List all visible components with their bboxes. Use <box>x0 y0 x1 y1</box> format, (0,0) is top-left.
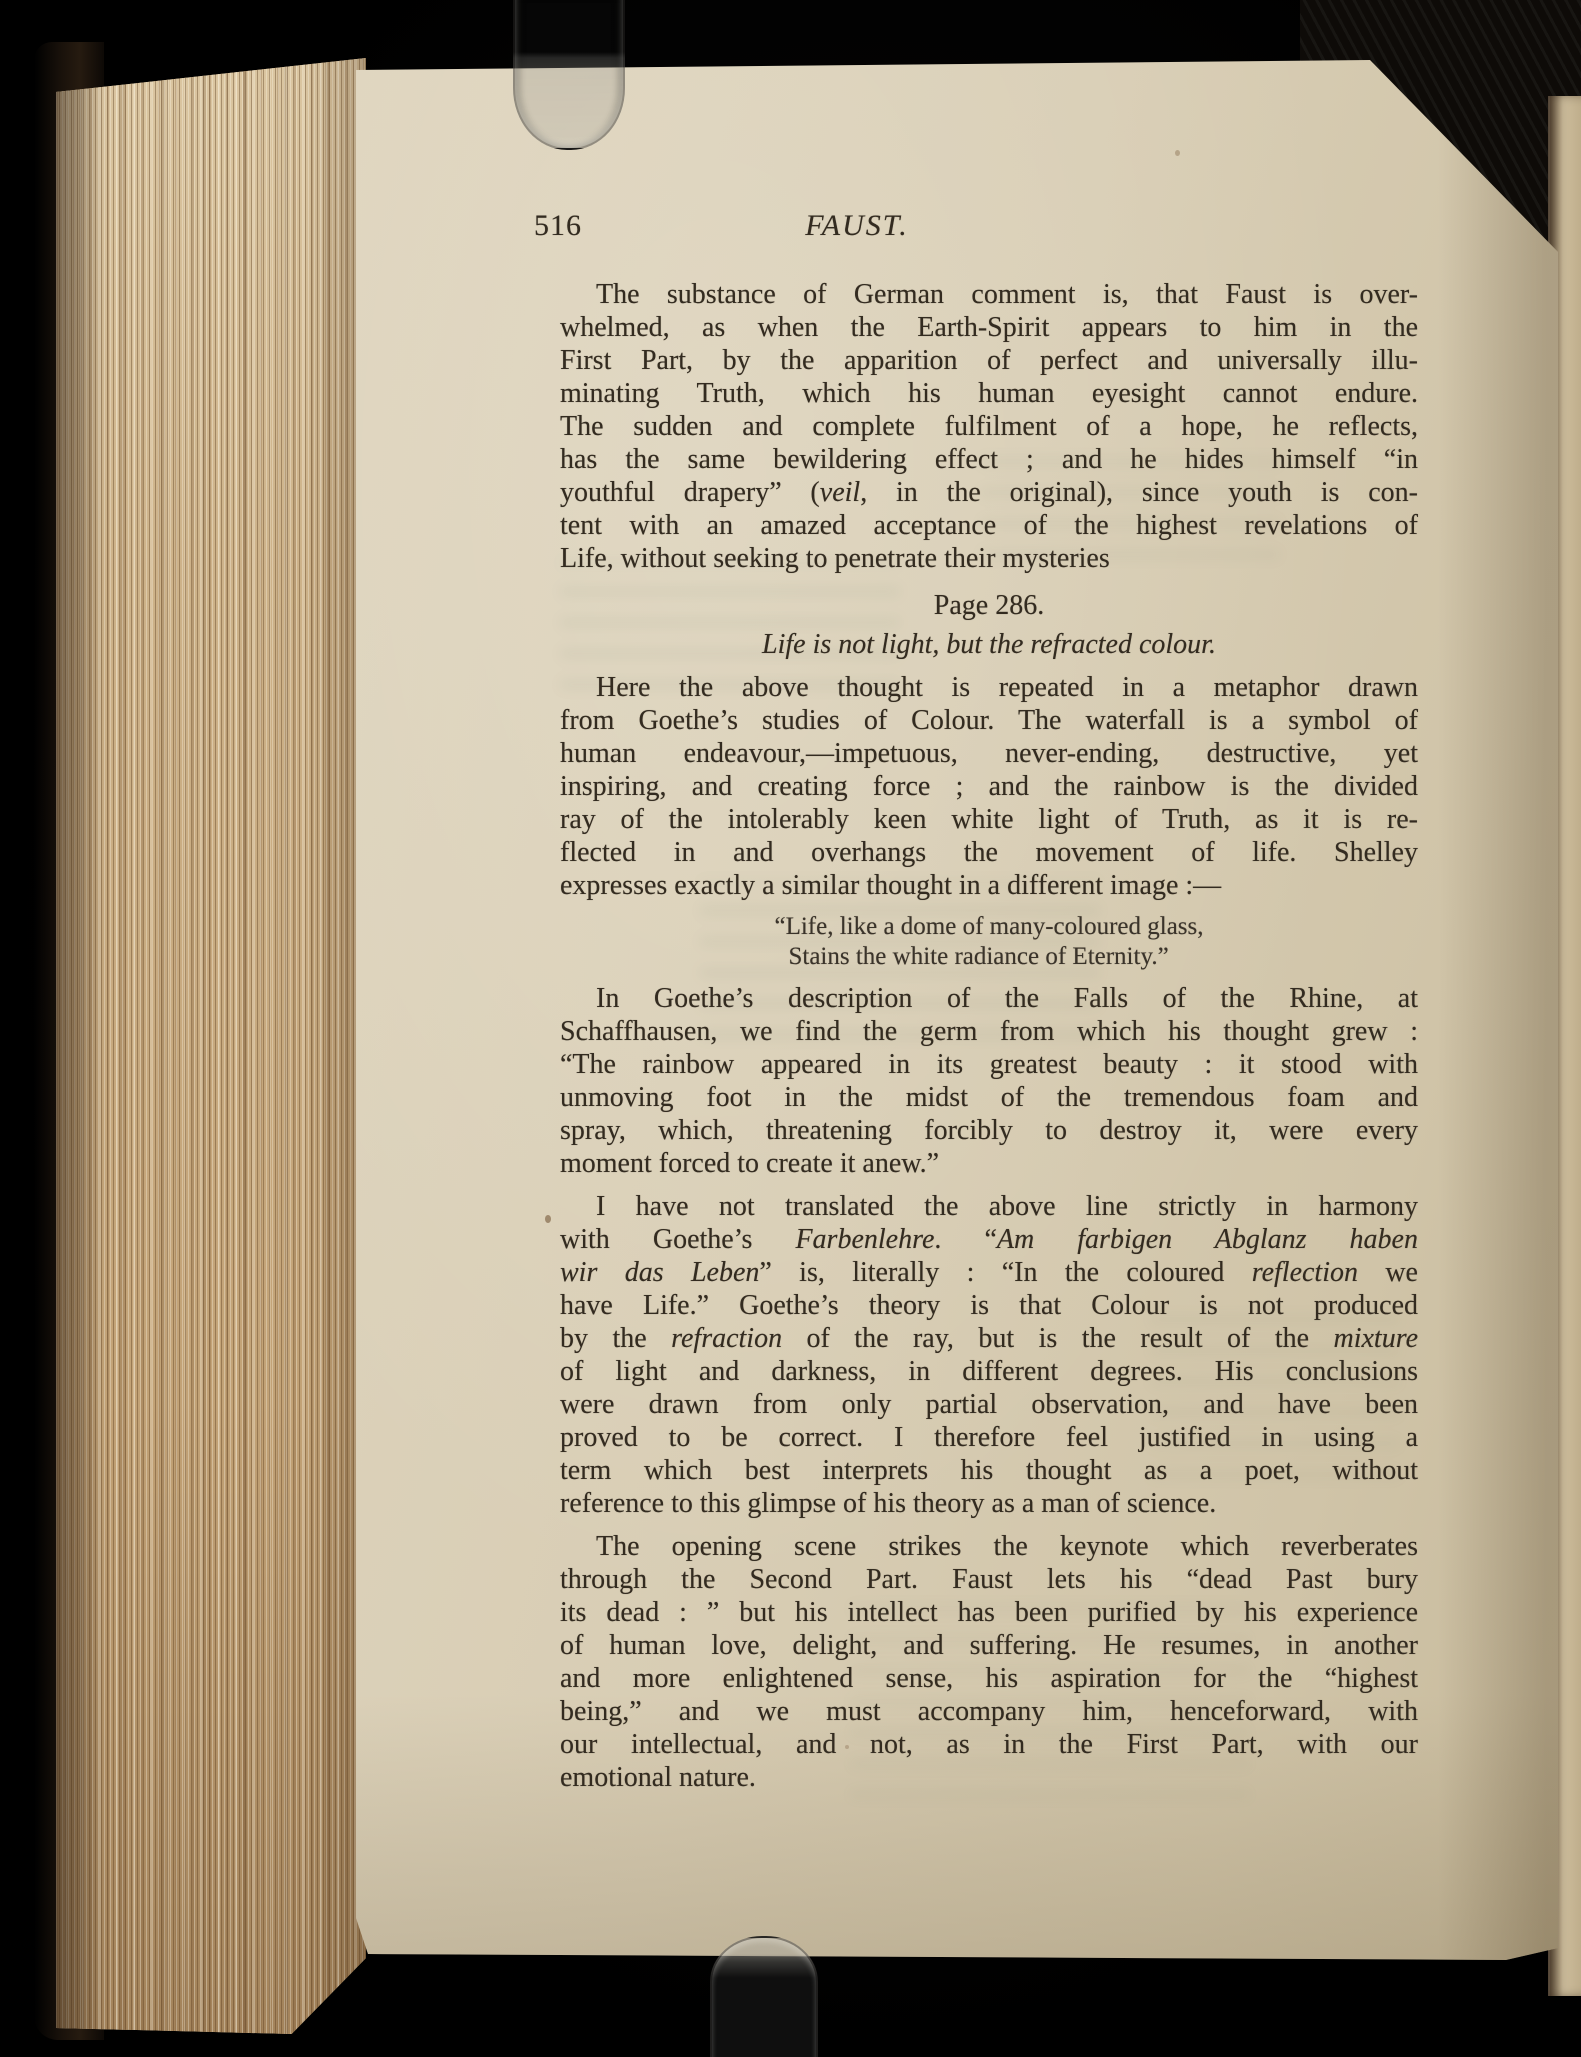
text-line: flected in and overhangs the movement of… <box>560 836 1418 869</box>
text-line: The sudden and complete fulfilment of a … <box>560 410 1418 443</box>
text-line: of human love, delight, and suffering. H… <box>560 1629 1418 1662</box>
verse-quote: “Life, like a dome of many-coloured glas… <box>560 912 1418 972</box>
text-line: In Goethe’s description of the Falls of … <box>560 982 1418 1015</box>
verse-line: “Life, like a dome of many-coloured glas… <box>774 912 1203 942</box>
paragraph: I have not translated the above line str… <box>560 1190 1418 1520</box>
text-line: were drawn from only partial observation… <box>560 1388 1418 1421</box>
cradle-strap-top <box>513 0 625 150</box>
text-line: with Goethe’s Farbenlehre. “Am farbigen … <box>560 1223 1418 1256</box>
text-line: proved to be correct. I therefore feel j… <box>560 1421 1418 1454</box>
text-line: our intellectual, and not, as in the Fir… <box>560 1728 1418 1761</box>
text-line: spray, which, threatening forcibly to de… <box>560 1114 1418 1147</box>
paper-speck <box>1175 150 1180 156</box>
text-line: The opening scene strikes the keynote wh… <box>560 1530 1418 1563</box>
text-line: inspiring, and creating force ; and the … <box>560 770 1418 803</box>
text-line: and more enlightened sense, his aspirati… <box>560 1662 1418 1695</box>
page-content: The substance of German comment is, that… <box>560 278 1418 1794</box>
text-line: Life, without seeking to penetrate their… <box>560 542 1418 575</box>
cradle-strap-bottom <box>710 1936 818 2057</box>
text-line: wir das Leben” is, literally : “In the c… <box>560 1256 1418 1289</box>
text-line: term which best interprets his thought a… <box>560 1454 1418 1487</box>
text-line: moment forced to create it anew.” <box>560 1147 1418 1180</box>
paragraph: The substance of German comment is, that… <box>560 278 1418 575</box>
verse-line: Stains the white radiance of Eternity.” <box>774 942 1203 972</box>
text-line: Schaffhausen, we find the germ from whic… <box>560 1015 1418 1048</box>
paragraph: Here the above thought is repeated in a … <box>560 671 1418 902</box>
running-head: 516 FAUST. <box>560 208 1418 244</box>
text-line: First Part, by the apparition of perfect… <box>560 344 1418 377</box>
text-line: has the same bewildering effect ; and he… <box>560 443 1418 476</box>
book-fore-edge-pages <box>56 0 366 2057</box>
text-line: I have not translated the above line str… <box>560 1190 1418 1223</box>
text-line: from Goethe’s studies of Colour. The wat… <box>560 704 1418 737</box>
verse-lines: “Life, like a dome of many-coloured glas… <box>774 912 1203 972</box>
paper-speck <box>545 1215 551 1223</box>
text-line: minating Truth, which his human eyesight… <box>560 377 1418 410</box>
paragraph: In Goethe’s description of the Falls of … <box>560 982 1418 1180</box>
section-subheading: Life is not light, but the refracted col… <box>560 628 1418 661</box>
book-scan-photo: 516 FAUST. The substance of German comme… <box>0 0 1581 2057</box>
text-line: tent with an amazed acceptance of the hi… <box>560 509 1418 542</box>
text-line: by the refraction of the ray, but is the… <box>560 1322 1418 1355</box>
typeset-area: 516 FAUST. The substance of German comme… <box>560 208 1418 1794</box>
text-line: of light and darkness, in different degr… <box>560 1355 1418 1388</box>
paragraph: The opening scene strikes the keynote wh… <box>560 1530 1418 1794</box>
text-line: whelmed, as when the Earth-Spirit appear… <box>560 311 1418 344</box>
text-line: being,” and we must accompany him, hence… <box>560 1695 1418 1728</box>
text-line: its dead : ” but his intellect has been … <box>560 1596 1418 1629</box>
text-line: unmoving foot in the midst of the tremen… <box>560 1081 1418 1114</box>
running-title: FAUST. <box>428 208 1286 244</box>
text-line: “The rainbow appeared in its greatest be… <box>560 1048 1418 1081</box>
text-line: youthful drapery” (veil, in the original… <box>560 476 1418 509</box>
text-line: through the Second Part. Faust lets his … <box>560 1563 1418 1596</box>
text-line: human endeavour,—impetuous, never-ending… <box>560 737 1418 770</box>
text-line: have Life.” Goethe’s theory is that Colo… <box>560 1289 1418 1322</box>
text-line: Here the above thought is repeated in a … <box>560 671 1418 704</box>
text-line: expresses exactly a similar thought in a… <box>560 869 1418 902</box>
section-heading: Page 286. <box>560 589 1418 622</box>
text-line: emotional nature. <box>560 1761 1418 1794</box>
text-line: ray of the intolerably keen white light … <box>560 803 1418 836</box>
text-line: reference to this glimpse of his theory … <box>560 1487 1418 1520</box>
text-line: The substance of German comment is, that… <box>560 278 1418 311</box>
